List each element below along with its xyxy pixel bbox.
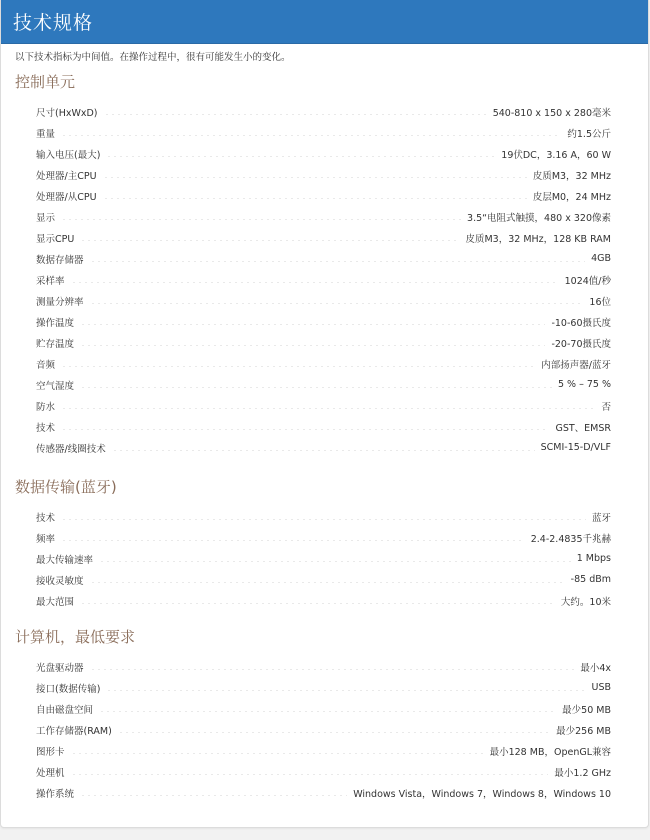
spec-label: 操作温度 [36,315,80,329]
spec-row: 音频内部扬声器/蓝牙 [36,353,611,374]
spec-row: 工作存储器(RAM)最少256 MB [36,719,611,740]
dot-leader [71,753,484,754]
spec-value: 4GB [585,253,611,264]
dot-leader [80,387,552,388]
spec-value: -10-60摄氏度 [545,315,611,329]
spec-value: 5 % – 75 % [552,379,611,390]
spec-label: 处理器/从CPU [36,189,103,203]
dot-leader [71,282,559,283]
spec-value: USB [585,682,611,693]
spec-row: 最大传输速率1 Mbps [36,548,611,569]
spec-row: 操作温度-10-60摄氏度 [36,311,611,332]
panel-header: 技术规格 [1,0,648,44]
spec-row: 处理机最小1.2 GHz [36,761,611,782]
page-title: 技术规格 [13,8,93,35]
spec-value: 否 [595,399,611,413]
dot-leader [61,540,525,541]
spec-label: 显示 [36,210,61,224]
spec-label: 光盘驱动器 [36,660,90,674]
spec-label: 音频 [36,357,61,371]
dot-leader [61,135,561,136]
spec-value: 内部扬声器/蓝牙 [535,357,611,371]
spec-row: 重量约1.5公斤 [36,122,611,143]
dot-leader [90,582,565,583]
spec-list: 技术蓝牙 频率2.4-2.4835千兆赫 最大传输速率1 Mbps 接收灵敏度-… [1,506,648,611]
spec-value: 皮质M3，32 MHz，128 KB RAM [459,231,611,245]
spec-label: 输入电压(最大) [36,147,106,161]
spec-value: 蓝牙 [586,510,611,524]
spec-value: 1024值/秒 [559,273,611,287]
spec-row: 图形卡最小128 MB，OpenGL兼容 [36,740,611,761]
spec-label: 接口(数据传输) [36,681,106,695]
tech-specs-panel: 技术规格 以下技术指标为中间值。在操作过程中，很有可能发生小的变化。 控制单元 … [0,0,649,828]
spec-row: 自由磁盘空间最少50 MB [36,698,611,719]
spec-row: 数据存储器4GB [36,248,611,269]
dot-leader [80,795,347,796]
dot-leader [80,324,545,325]
spec-label: 自由磁盘空间 [36,702,99,716]
dot-leader [61,366,535,367]
spec-label: 技术 [36,420,61,434]
spec-value: 19伏DC，3.16 A，60 W [495,147,611,161]
spec-label: 最大传输速率 [36,552,99,566]
dot-leader [80,603,555,604]
spec-label: 操作系统 [36,786,80,800]
spec-row: 频率2.4-2.4835千兆赫 [36,527,611,548]
spec-value: 3.5“电阻式触摸，480 x 320像素 [461,210,611,224]
spec-label: 测量分辨率 [36,294,90,308]
spec-value: 1 Mbps [571,553,611,564]
spec-label: 处理器/主CPU [36,168,103,182]
spec-label: 接收灵敏度 [36,573,90,587]
spec-row: 空气湿度5 % – 75 % [36,374,611,395]
spec-value: SCMI-15-D/VLF [535,442,611,453]
dot-leader [61,429,549,430]
section-title: 数据传输(蓝牙) [15,474,648,500]
spec-row: 处理器/从CPU皮层M0，24 MHz [36,185,611,206]
spec-label: 处理机 [36,765,71,779]
section-control-unit: 控制单元 尺寸(HxWxD)540-810 x 150 x 280毫米 重量约1… [1,69,648,458]
dot-leader [99,561,571,562]
section-title: 控制单元 [15,69,648,95]
spec-row: 技术GST、EMSR [36,416,611,437]
spec-row: 贮存温度-20-70摄氏度 [36,332,611,353]
spec-value: -20-70摄氏度 [545,336,611,350]
dot-leader [80,345,545,346]
dot-leader [106,690,585,691]
dot-leader [103,177,527,178]
section-computer-requirements: 计算机，最低要求 光盘驱动器最小4x 接口(数据传输)USB 自由磁盘空间最少5… [1,624,648,803]
intro-note: 以下技术指标为中间值。在操作过程中，很有可能发生小的变化。 [15,50,648,66]
spec-row: 接口(数据传输)USB [36,677,611,698]
spec-value: 最小1.2 GHz [548,765,611,779]
dot-leader [61,519,586,520]
spec-row: 测量分辨率16位 [36,290,611,311]
spec-row: 最大范围大约。10米 [36,590,611,611]
spec-value: 最少50 MB [556,702,611,716]
spec-row: 采样率1024值/秒 [36,269,611,290]
spec-row: 技术蓝牙 [36,506,611,527]
spec-label: 传感器/线圈技术 [36,441,112,455]
spec-row: 光盘驱动器最小4x [36,656,611,677]
spec-label: 数据存储器 [36,252,90,266]
dot-leader [90,669,575,670]
dot-leader [61,219,461,220]
dot-leader [99,711,556,712]
spec-row: 操作系统Windows Vista，Windows 7，Windows 8，Wi… [36,782,611,803]
spec-label: 重量 [36,126,61,140]
spec-value: 最小128 MB，OpenGL兼容 [484,744,611,758]
spec-label: 显示CPU [36,231,80,245]
spec-label: 贮存温度 [36,336,80,350]
section-title: 计算机，最低要求 [15,624,648,650]
spec-label: 频率 [36,531,61,545]
spec-label: 工作存储器(RAM) [36,723,118,737]
spec-row: 传感器/线圈技术SCMI-15-D/VLF [36,437,611,458]
spec-value: Windows Vista，Windows 7，Windows 8，Window… [347,786,611,800]
dot-leader [103,198,527,199]
spec-label: 尺寸(HxWxD) [36,105,104,119]
spec-label: 防水 [36,399,61,413]
spec-value: 约1.5公斤 [561,126,611,140]
spec-value: 2.4-2.4835千兆赫 [525,531,611,545]
dot-leader [118,732,550,733]
dot-leader [104,114,487,115]
dot-leader [71,774,549,775]
spec-value: 540-810 x 150 x 280毫米 [487,105,611,119]
spec-value: 皮层M0，24 MHz [527,189,611,203]
spec-label: 图形卡 [36,744,71,758]
spec-list: 尺寸(HxWxD)540-810 x 150 x 280毫米 重量约1.5公斤 … [1,101,648,458]
spec-row: 输入电压(最大)19伏DC，3.16 A，60 W [36,143,611,164]
spec-label: 最大范围 [36,594,80,608]
dot-leader [61,408,595,409]
spec-row: 尺寸(HxWxD)540-810 x 150 x 280毫米 [36,101,611,122]
spec-value: 皮质M3，32 MHz [527,168,611,182]
spec-value: 大约。10米 [555,594,611,608]
dot-leader [90,261,586,262]
spec-row: 防水否 [36,395,611,416]
spec-value: GST、EMSR [549,420,611,434]
spec-value: -85 dBm [565,574,611,585]
spec-label: 技术 [36,510,61,524]
dot-leader [90,303,584,304]
spec-row: 处理器/主CPU皮质M3，32 MHz [36,164,611,185]
spec-row: 显示CPU皮质M3，32 MHz，128 KB RAM [36,227,611,248]
dot-leader [80,240,459,241]
spec-label: 空气湿度 [36,378,80,392]
spec-row: 显示3.5“电阻式触摸，480 x 320像素 [36,206,611,227]
spec-label: 采样率 [36,273,71,287]
spec-list: 光盘驱动器最小4x 接口(数据传输)USB 自由磁盘空间最少50 MB 工作存储… [1,656,648,803]
spec-value: 最少256 MB [550,723,611,737]
dot-leader [112,450,535,451]
section-data-transfer: 数据传输(蓝牙) 技术蓝牙 频率2.4-2.4835千兆赫 最大传输速率1 Mb… [1,474,648,611]
spec-value: 最小4x [574,660,611,674]
dot-leader [106,156,495,157]
spec-row: 接收灵敏度-85 dBm [36,569,611,590]
spec-value: 16位 [583,294,611,308]
